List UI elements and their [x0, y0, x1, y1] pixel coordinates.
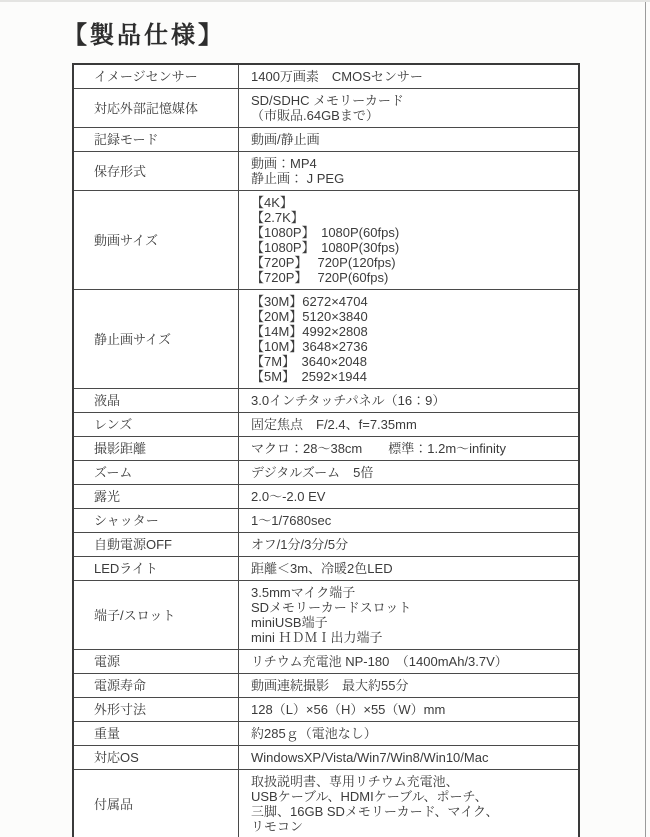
- spec-value-cell: 3.0インチタッチパネル（16：9）: [239, 389, 580, 413]
- spec-value-cell: 128（L）×56（H）×55（W）mm: [239, 698, 580, 722]
- spec-label-cell: 対応外部記憶媒体: [73, 89, 239, 128]
- spec-label-cell: 外形寸法: [73, 698, 239, 722]
- spec-value-cell: 3.5mmマイク端子 SDメモリーカードスロット miniUSB端子 mini …: [239, 581, 580, 650]
- spec-label-cell: 電源: [73, 650, 239, 674]
- spec-row: 保存形式 動画：MP4 静止画： J PEG: [73, 152, 579, 191]
- spec-value-cell: 動画：MP4 静止画： J PEG: [239, 152, 580, 191]
- spec-row: 露光 2.0〜-2.0 EV: [73, 485, 579, 509]
- spec-row: 電源 リチウム充電池 NP-180 （1400mAh/3.7V）: [73, 650, 579, 674]
- spec-label-cell: 対応OS: [73, 746, 239, 770]
- spec-row: 端子/スロット 3.5mmマイク端子 SDメモリーカードスロット miniUSB…: [73, 581, 579, 650]
- spec-row: 液晶 3.0インチタッチパネル（16：9）: [73, 389, 579, 413]
- spec-label-cell: 重量: [73, 722, 239, 746]
- spec-label-cell: ズーム: [73, 461, 239, 485]
- spec-value-cell: 2.0〜-2.0 EV: [239, 485, 580, 509]
- spec-row: 自動電源OFF オフ/1分/3分/5分: [73, 533, 579, 557]
- spec-value-cell: デジタルズーム 5倍: [239, 461, 580, 485]
- spec-label-cell: 端子/スロット: [73, 581, 239, 650]
- spec-label-cell: シャッター: [73, 509, 239, 533]
- spec-table: イメージセンサー 1400万画素 CMOSセンサー 対応外部記憶媒体 SD/SD…: [72, 63, 580, 837]
- page-right-edge-line: [645, 2, 646, 837]
- spec-value-cell: 約285ｇ（電池なし）: [239, 722, 580, 746]
- spec-row: 静止画サイズ 【30M】6272×4704 【20M】5120×3840 【14…: [73, 290, 579, 389]
- spec-value-cell: 1〜1/7680sec: [239, 509, 580, 533]
- spec-value-cell: 動画連続撮影 最大約55分: [239, 674, 580, 698]
- spec-value-cell: 固定焦点 F/2.4、f=7.35mm: [239, 413, 580, 437]
- spec-value-cell: WindowsXP/Vista/Win7/Win8/Win10/Mac: [239, 746, 580, 770]
- page-title: 【製品仕様】: [63, 15, 225, 50]
- spec-value-cell: オフ/1分/3分/5分: [239, 533, 580, 557]
- spec-row: 動画サイズ 【4K】 【2.7K】 【1080P】 1080P(60fps) 【…: [73, 191, 579, 290]
- spec-label-cell: イメージセンサー: [73, 64, 239, 89]
- spec-row: ズーム デジタルズーム 5倍: [73, 461, 579, 485]
- spec-label-cell: 電源寿命: [73, 674, 239, 698]
- spec-label-cell: 保存形式: [73, 152, 239, 191]
- spec-row: 電源寿命 動画連続撮影 最大約55分: [73, 674, 579, 698]
- spec-value-cell: 【4K】 【2.7K】 【1080P】 1080P(60fps) 【1080P】…: [239, 191, 580, 290]
- spec-table-body: イメージセンサー 1400万画素 CMOSセンサー 対応外部記憶媒体 SD/SD…: [73, 64, 579, 837]
- spec-label-cell: 静止画サイズ: [73, 290, 239, 389]
- spec-value-cell: 動画/静止画: [239, 128, 580, 152]
- spec-value-cell: 取扱説明書、専用リチウム充電池、 USBケーブル、HDMIケーブル、ポーチ、 三…: [239, 770, 580, 837]
- spec-label-cell: LEDライト: [73, 557, 239, 581]
- spec-label-cell: 記録モード: [73, 128, 239, 152]
- spec-label-cell: レンズ: [73, 413, 239, 437]
- spec-value-cell: マクロ：28〜38cm 標準：1.2m〜infinity: [239, 437, 580, 461]
- spec-row: シャッター 1〜1/7680sec: [73, 509, 579, 533]
- spec-row: 撮影距離 マクロ：28〜38cm 標準：1.2m〜infinity: [73, 437, 579, 461]
- spec-value-cell: 距離＜3m、冷暖2色LED: [239, 557, 580, 581]
- spec-value-cell: 1400万画素 CMOSセンサー: [239, 64, 580, 89]
- spec-row: 対応OS WindowsXP/Vista/Win7/Win8/Win10/Mac: [73, 746, 579, 770]
- spec-row: LEDライト 距離＜3m、冷暖2色LED: [73, 557, 579, 581]
- spec-label-cell: 付属品: [73, 770, 239, 837]
- spec-row: 対応外部記憶媒体 SD/SDHC メモリーカード （市販品.64GBまで）: [73, 89, 579, 128]
- spec-row: 外形寸法 128（L）×56（H）×55（W）mm: [73, 698, 579, 722]
- spec-value-cell: リチウム充電池 NP-180 （1400mAh/3.7V）: [239, 650, 580, 674]
- spec-label-cell: 動画サイズ: [73, 191, 239, 290]
- spec-label-cell: 撮影距離: [73, 437, 239, 461]
- spec-label-cell: 液晶: [73, 389, 239, 413]
- spec-label-cell: 自動電源OFF: [73, 533, 239, 557]
- spec-row: 記録モード 動画/静止画: [73, 128, 579, 152]
- spec-row: 重量 約285ｇ（電池なし）: [73, 722, 579, 746]
- spec-value-cell: 【30M】6272×4704 【20M】5120×3840 【14M】4992×…: [239, 290, 580, 389]
- spec-row: イメージセンサー 1400万画素 CMOSセンサー: [73, 64, 579, 89]
- spec-value-cell: SD/SDHC メモリーカード （市販品.64GBまで）: [239, 89, 580, 128]
- spec-label-cell: 露光: [73, 485, 239, 509]
- spec-row: 付属品 取扱説明書、専用リチウム充電池、 USBケーブル、HDMIケーブル、ポー…: [73, 770, 579, 837]
- spec-row: レンズ 固定焦点 F/2.4、f=7.35mm: [73, 413, 579, 437]
